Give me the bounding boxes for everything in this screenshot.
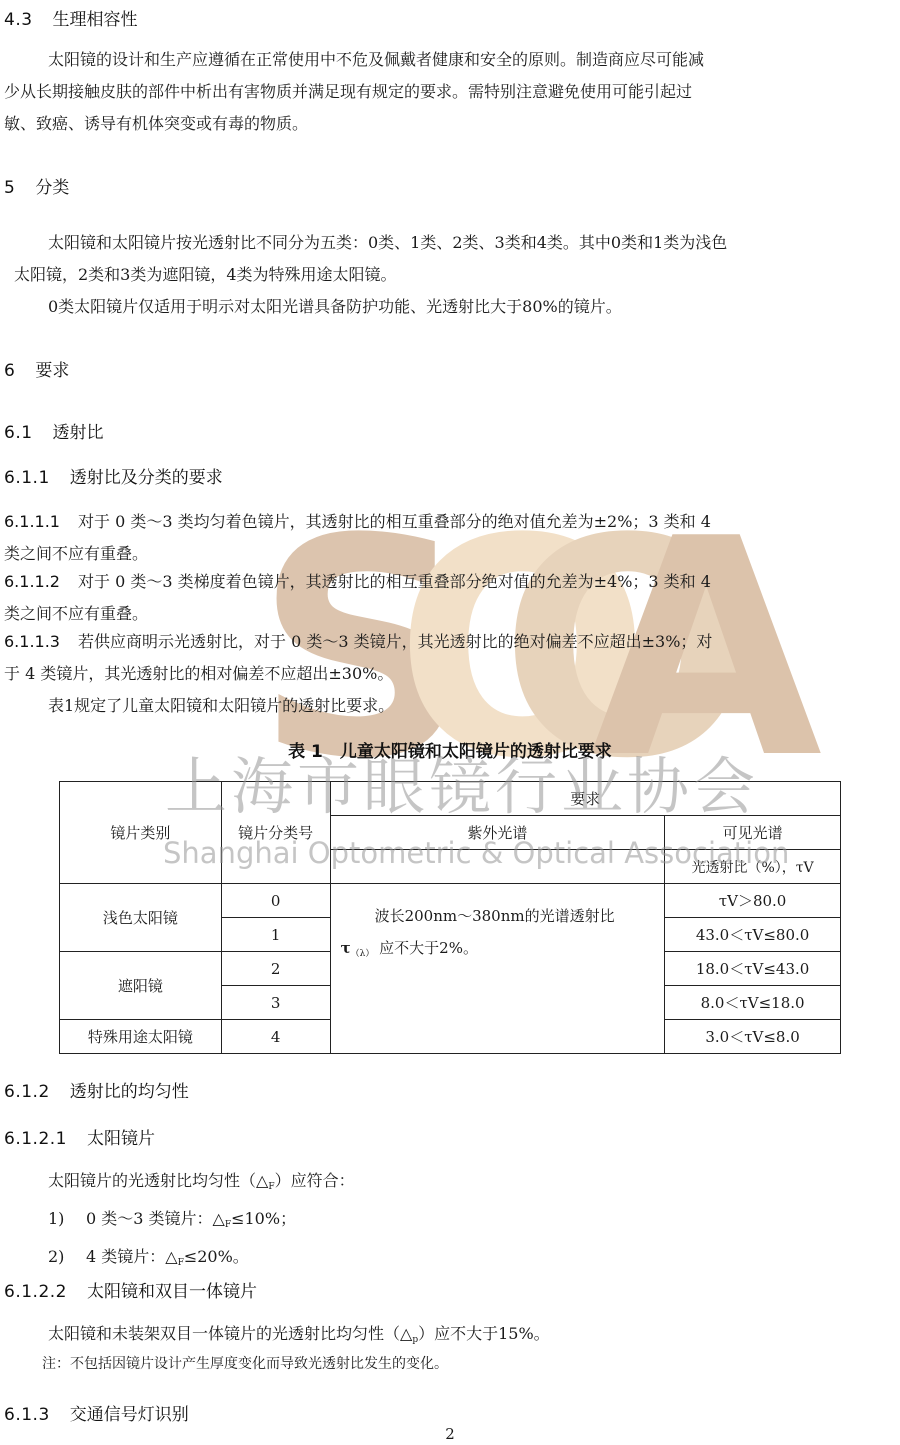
text-line: 太阳镜和太阳镜片按光透射比不同分为五类：0类、1类、2类、3类和4类。其中0类和… <box>4 227 897 259</box>
heading-5: 5分类 <box>4 173 69 198</box>
paragraph-binocular-uniformity: 太阳镜和未装架双目一体镜片的光透射比均匀性（△p）应不大于15%。 <box>48 1318 898 1356</box>
text-line: 敏、致癌、诱导有机体突变或有毒的物质。 <box>4 108 897 140</box>
tv-cell: 18.0＜τV≤43.0 <box>665 952 841 986</box>
heading-6-1-2-2: 6.1.2.2太阳镜和双目一体镜片 <box>4 1277 257 1302</box>
heading-number: 6 <box>4 361 15 381</box>
text-line: 若供应商明示光透射比，对于 0 类～3 类镜片，其光透射比的绝对偏差不应超出±3… <box>78 632 712 651</box>
heading-6-1-3: 6.1.3交通信号灯识别 <box>4 1400 189 1425</box>
tv-cell: τV＞80.0 <box>665 884 841 918</box>
heading-number: 6.1 <box>4 423 33 443</box>
tau-symbol: τ <box>341 939 351 957</box>
list-marker: 1) <box>48 1203 86 1235</box>
text: 0 类～3 类镜片：△ <box>86 1209 225 1228</box>
lambda-subscript: （λ） <box>351 949 375 959</box>
text: 太阳镜和未装架双目一体镜片的光透射比均匀性（△ <box>48 1324 412 1343</box>
note: 注：不包括因镜片设计产生厚度变化而导致光透射比发生的变化。 <box>42 1354 448 1374</box>
text-line: 0类太阳镜片仅适用于明示对太阳光谱具备防护功能、光透射比大于80%的镜片。 <box>4 291 897 323</box>
text: ≤20%。 <box>184 1247 249 1266</box>
clause-number: 6.1.1.3 <box>4 632 60 651</box>
clause-6-1-1-1: 6.1.1.1对于 0 类～3 类均匀着色镜片，其透射比的相互重叠部分的绝对值允… <box>4 506 897 570</box>
clause-6-1-1-3: 6.1.1.3若供应商明示光透射比，对于 0 类～3 类镜片，其光透射比的绝对偏… <box>4 626 897 722</box>
tv-cell: 43.0＜τV≤80.0 <box>665 918 841 952</box>
paragraph-classification: 太阳镜和太阳镜片按光透射比不同分为五类：0类、1类、2类、3类和4类。其中0类和… <box>4 227 897 323</box>
heading-4-3: 4.3生理相容性 <box>4 5 138 30</box>
heading-6: 6要求 <box>4 356 69 381</box>
text: ）应不大于15%。 <box>418 1324 550 1343</box>
heading-title: 要求 <box>35 361 69 381</box>
text: 4 类镜片：△ <box>86 1247 178 1266</box>
tv-cell: 8.0＜τV≤18.0 <box>665 986 841 1020</box>
class-cell: 1 <box>221 918 330 952</box>
heading-number: 6.1.2.2 <box>4 1282 67 1302</box>
paragraph-biocompatibility: 太阳镜的设计和生产应遵循在正常使用中不危及佩戴者健康和安全的原则。制造商应尽可能… <box>4 44 897 140</box>
heading-title: 分类 <box>35 178 69 198</box>
heading-number: 6.1.1 <box>4 468 50 488</box>
table-row: 浅色太阳镜 0 波长200nm～380nm的光谱透射比 τ（λ） 应不大于2%。… <box>60 884 841 918</box>
tv-cell: 3.0＜τV≤8.0 <box>665 1020 841 1054</box>
uv-requirement-line1: 波长200nm～380nm的光谱透射比 <box>341 884 655 932</box>
text: ）应符合： <box>275 1171 355 1190</box>
uv-requirement-line2: 应不大于2%。 <box>379 939 478 957</box>
heading-number: 6.1.2 <box>4 1082 50 1102</box>
heading-number: 5 <box>4 178 15 198</box>
paragraph-lens-uniformity: 太阳镜片的光透射比均匀性（△F）应符合： 1)0 类～3 类镜片：△F≤10%；… <box>48 1165 898 1279</box>
text: 太阳镜片的光透射比均匀性（△ <box>48 1171 268 1190</box>
clause-number: 6.1.1.2 <box>4 572 60 591</box>
heading-number: 6.1.2.1 <box>4 1129 67 1149</box>
class-cell: 3 <box>221 986 330 1020</box>
clause-number: 6.1.1.1 <box>4 512 60 531</box>
list-item: 1)0 类～3 类镜片：△F≤10%； <box>48 1203 898 1241</box>
heading-title: 透射比及分类的要求 <box>70 468 223 488</box>
heading-title: 太阳镜片 <box>87 1129 155 1149</box>
watermark-cn-text: 上海市眼镜行业协会 <box>165 752 759 822</box>
text-line: 少从长期接触皮肤的部件中析出有害物质并满足现有规定的要求。需特别注意避免使用可能… <box>4 76 897 108</box>
heading-title: 太阳镜和双目一体镜片 <box>87 1282 257 1302</box>
heading-number: 6.1.3 <box>4 1405 50 1425</box>
list-item: 2)4 类镜片：△F≤20%。 <box>48 1241 898 1279</box>
heading-title: 生理相容性 <box>53 10 138 30</box>
text-line: 对于 0 类～3 类均匀着色镜片，其透射比的相互重叠部分的绝对值允差为±2%；3… <box>78 512 711 531</box>
heading-6-1-2-1: 6.1.2.1太阳镜片 <box>4 1124 155 1149</box>
table-reference: 表1规定了儿童太阳镜和太阳镜片的透射比要求。 <box>4 690 897 722</box>
category-sunshade: 遮阳镜 <box>60 952 222 1020</box>
class-cell: 4 <box>221 1020 330 1054</box>
text-line: 太阳镜的设计和生产应遵循在正常使用中不危及佩戴者健康和安全的原则。制造商应尽可能… <box>4 44 897 76</box>
class-cell: 2 <box>221 952 330 986</box>
page-number: 2 <box>0 1425 900 1443</box>
uv-requirement-cell: 波长200nm～380nm的光谱透射比 τ（λ） 应不大于2%。 <box>330 884 665 1054</box>
category-light-tint: 浅色太阳镜 <box>60 884 222 952</box>
text: ≤10%； <box>231 1209 296 1228</box>
watermark-en-text: Shanghai Optometric & Optical Associatio… <box>163 836 789 870</box>
heading-6-1: 6.1透射比 <box>4 418 104 443</box>
category-special-purpose: 特殊用途太阳镜 <box>60 1020 222 1054</box>
clause-6-1-1-2: 6.1.1.2对于 0 类～3 类梯度着色镜片，其透射比的相互重叠部分绝对值的允… <box>4 566 897 630</box>
text-line: 太阳镜，2类和3类为遮阳镜，4类为特殊用途太阳镜。 <box>4 259 897 291</box>
heading-number: 4.3 <box>4 10 33 30</box>
heading-title: 透射比的均匀性 <box>70 1082 189 1102</box>
heading-title: 透射比 <box>53 423 104 443</box>
class-cell: 0 <box>221 884 330 918</box>
heading-6-1-2: 6.1.2透射比的均匀性 <box>4 1077 189 1102</box>
heading-title: 交通信号灯识别 <box>70 1405 189 1425</box>
heading-6-1-1: 6.1.1透射比及分类的要求 <box>4 463 223 488</box>
text-line: 对于 0 类～3 类梯度着色镜片，其透射比的相互重叠部分绝对值的允差为±4%；3… <box>78 572 711 591</box>
text-line: 于 4 类镜片，其光透射比的相对偏差不应超出±30%。 <box>4 658 897 690</box>
list-marker: 2) <box>48 1241 86 1273</box>
